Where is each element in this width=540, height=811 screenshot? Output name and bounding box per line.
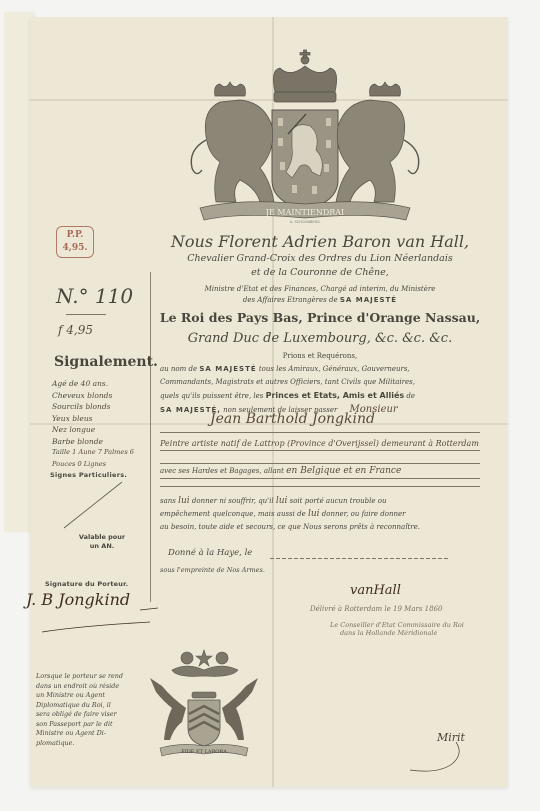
passport-body: au nom de SA MAJESTÉ tous les Amiraux, G… xyxy=(160,363,480,417)
signalement-row: Nez longue xyxy=(52,424,152,436)
bearer-name: Jean Barthold Jongkind xyxy=(210,411,375,427)
engraver-credit: A. SCHOONBERG xyxy=(290,220,320,224)
date-dotted-line xyxy=(270,558,450,559)
divider xyxy=(66,314,106,315)
signalement-row: Barbe blonde xyxy=(52,436,152,448)
issued-endorsement: Délivré à Rotterdam le 19 Mars 1860 xyxy=(310,605,442,613)
motto-text: FIDE ET LABORA xyxy=(181,749,227,755)
divider xyxy=(160,486,480,487)
name-underline xyxy=(160,432,480,433)
under-seal: sous l'empreinte de Nos Armes. xyxy=(160,566,265,574)
divider xyxy=(160,463,480,464)
request-phrase: Prions et Requérons, xyxy=(155,352,485,360)
signature-flourish xyxy=(40,606,160,636)
endorsement-title: Le Conseiller d'Etat Commissaire du Roi xyxy=(330,621,464,629)
divider xyxy=(160,478,480,479)
signature-flourish xyxy=(408,740,468,776)
body-line: au besoin, toute aide et secours, ce que… xyxy=(160,521,480,534)
minister-signature: vanHall xyxy=(350,583,401,598)
signalement-list: Agé de 40 ans. Cheveux blonds Sourcils b… xyxy=(52,378,152,470)
issuer-title: Ministre d'Etat et des Finances, Chargé … xyxy=(155,285,485,293)
fee: f 4,95 xyxy=(58,323,93,337)
stamp-line1: P.P. xyxy=(57,229,93,242)
empty-field-slash xyxy=(62,480,124,530)
body-line: Commandants, Magistrats et autres Offici… xyxy=(160,376,480,389)
given-at: Donné à la Haye, le xyxy=(168,548,252,558)
issuer-orders-2: et de la Couronne de Chêne, xyxy=(155,267,485,278)
stamp-line2: 4,95. xyxy=(57,242,93,255)
postage-paid-stamp: P.P. 4,95. xyxy=(56,226,94,258)
passport-number: N.° 110 xyxy=(56,284,133,308)
body-line: quels qu'ils puissent être, les Princes … xyxy=(160,389,480,403)
diplomatic-note: Lorsque le porteur se rend dans un endro… xyxy=(36,672,132,748)
grand-duke-title: Grand Duc de Luxembourg, &c. &c. &c. xyxy=(155,331,485,346)
signes-particuliers-label: Signes Particuliers. xyxy=(50,471,127,479)
bearer-profession: Peintre artiste natif de Lattrop (Provin… xyxy=(160,437,480,450)
king-title: Le Roi des Pays Bas, Prince d'Orange Nas… xyxy=(155,310,485,325)
signalement-row: Cheveux blonds xyxy=(52,390,152,402)
destination-line: avec ses Hardes et Bagages, allant en Be… xyxy=(160,466,480,476)
endorsement-title-2: dans la Hollande Méridionale xyxy=(340,629,437,637)
signalement-title: Signalement. xyxy=(54,354,158,370)
issuer-title-2: des Affaires Etrangères de SA MAJESTÉ xyxy=(155,296,485,304)
signalement-row: Sourcils blonds xyxy=(52,401,152,413)
motto-text: JE MAINTIENDRAI xyxy=(265,208,344,217)
body-line: sans lui donner ni souffrir, qu'il lui s… xyxy=(160,495,480,508)
divider xyxy=(160,450,480,451)
signalement-row: Taille 1 Aune 7 Palmes 6 Pouces 0 Lignes xyxy=(52,447,152,470)
validity-note: Valable pour un AN. xyxy=(52,533,152,551)
bearer-signature-label: Signature du Porteur. xyxy=(45,580,128,588)
royal-coat-of-arms-icon: JE MAINTIENDRAI xyxy=(180,30,430,225)
van-hall-coat-of-arms-icon: FIDE ET LABORA xyxy=(142,648,267,768)
body-line: au nom de SA MAJESTÉ tous les Amiraux, G… xyxy=(160,363,480,376)
signalement-row: Yeux bleus xyxy=(52,413,152,425)
issuer-orders: Chevalier Grand-Croix des Ordres du Lion… xyxy=(155,253,485,264)
signalement-row: Agé de 40 ans. xyxy=(52,378,152,390)
passport-body-2: sans lui donner ni souffrir, qu'il lui s… xyxy=(160,495,480,534)
issuer-name: Nous Florent Adrien Baron van Hall, xyxy=(155,232,485,251)
body-line: empêchement quelconque, mais aussi de lu… xyxy=(160,508,480,521)
